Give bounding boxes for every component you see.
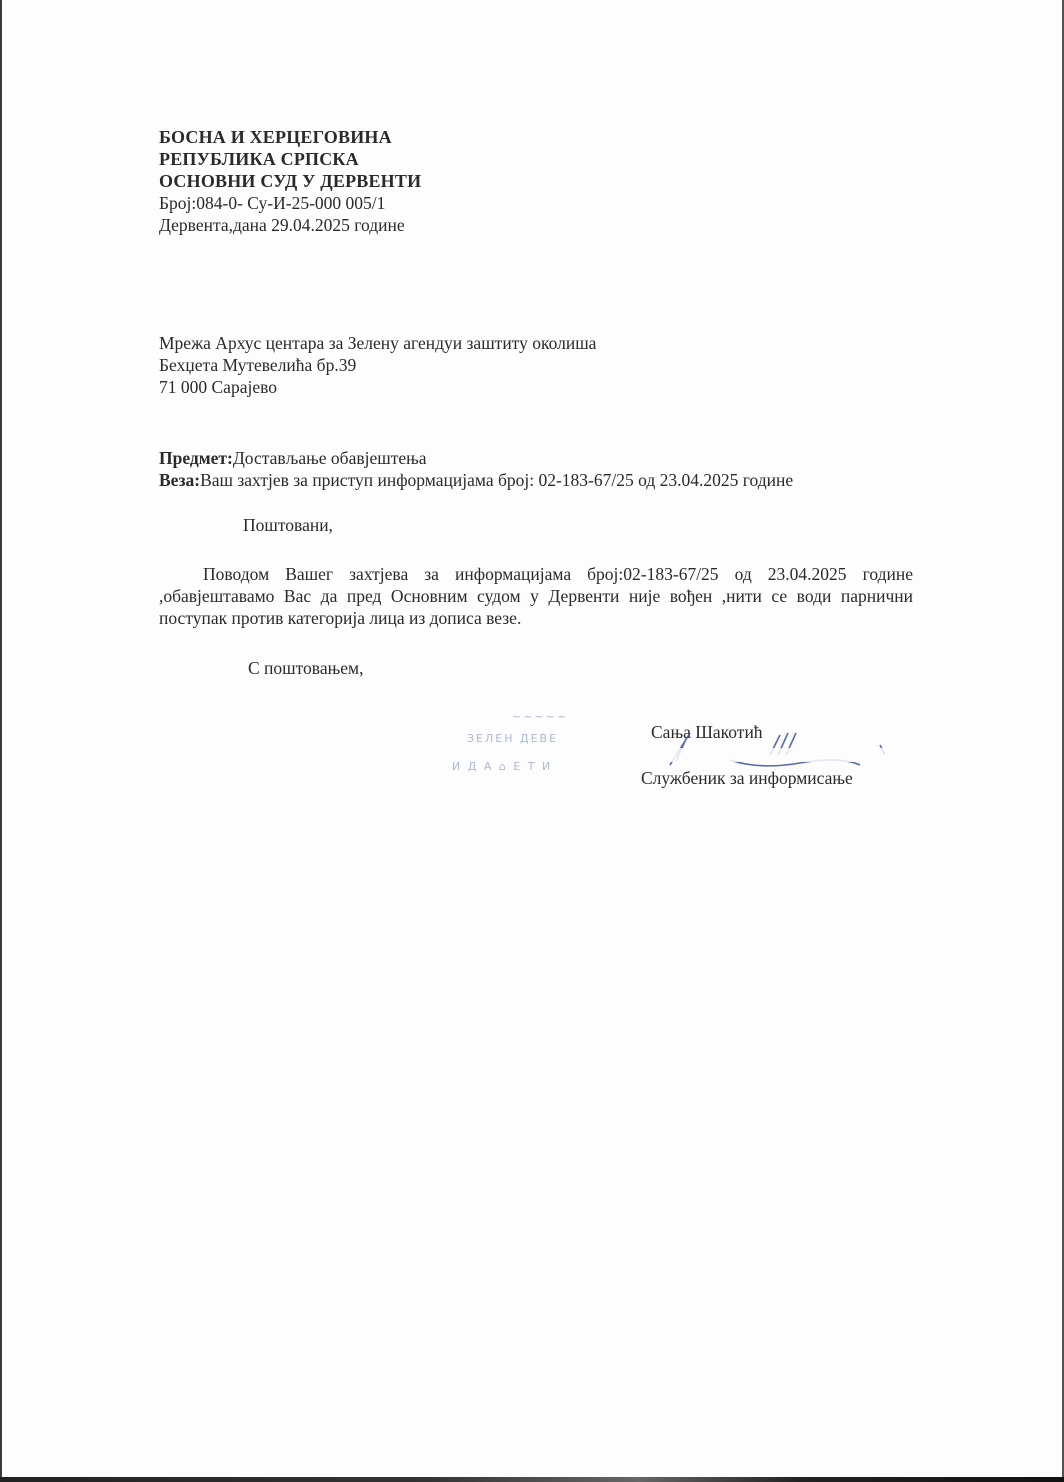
reference-label: Веза: [159, 470, 200, 490]
body-paragraph: Поводом Вашег захтјева за информацијама … [159, 563, 913, 629]
recipient-address: Мрежа Архус центара за Зелену агендуи за… [159, 332, 596, 398]
signer-title: Службеник за информисање [641, 767, 853, 789]
subject-label: Предмет: [159, 448, 233, 468]
reference-number: Број:084-0- Су-И-25-000 005/1 [159, 192, 421, 214]
entity-name: РЕПУБЛИКА СРПСКА [159, 148, 421, 170]
reference-line: Веза:Ваш захтјев за приступ информацијам… [159, 469, 793, 491]
subject-section: Предмет:Достављање обавјештења Веза:Ваш … [159, 447, 793, 491]
recipient-street: Бехџета Мутевелића бр.39 [159, 354, 596, 376]
greeting: Поштовани, [243, 514, 333, 536]
recipient-city: 71 000 Сарајево [159, 376, 596, 398]
subject-value: Достављање обавјештења [233, 448, 427, 468]
scan-edge-bottom [0, 1477, 1064, 1482]
court-name: ОСНОВНИ СУД У ДЕРВЕНТИ [159, 170, 421, 192]
recipient-name: Мрежа Архус центара за Зелену агендуи за… [159, 332, 596, 354]
scan-edge-left [0, 0, 2, 1482]
letterhead: БОСНА И ХЕРЦЕГОВИНА РЕПУБЛИКА СРПСКА ОСН… [159, 126, 421, 236]
reference-value: Ваш захтјев за приступ информацијама бро… [200, 470, 793, 490]
place-date: Дервента,дана 29.04.2025 године [159, 214, 421, 236]
closing: С поштовањем, [248, 657, 363, 679]
country-name: БОСНА И ХЕРЦЕГОВИНА [159, 126, 421, 148]
redaction-band [470, 748, 910, 762]
subject-line: Предмет:Достављање обавјештења [159, 447, 793, 469]
